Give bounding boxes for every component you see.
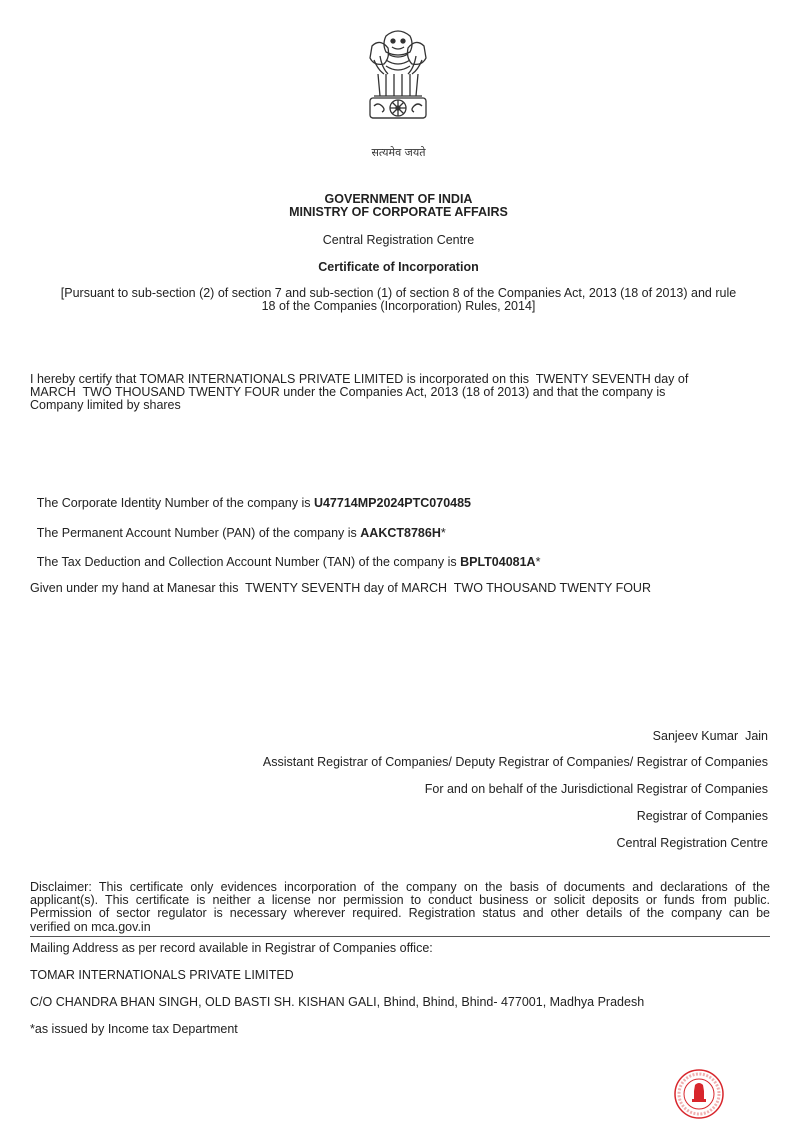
signatory-designation: Assistant Registrar of Companies/ Deputy…	[263, 755, 768, 769]
pan-label: The Permanent Account Number (PAN) of th…	[37, 526, 361, 540]
signatory-behalf: For and on behalf of the Jurisdictional …	[425, 782, 768, 796]
tan-label: The Tax Deduction and Collection Account…	[37, 555, 460, 569]
pan-row: The Permanent Account Number (PAN) of th…	[30, 512, 446, 540]
tan-row: The Tax Deduction and Collection Account…	[30, 541, 540, 569]
centre-heading: Central Registration Centre	[0, 233, 797, 247]
certify-line-3: Company limited by shares	[30, 399, 181, 412]
signatory-office: Registrar of Companies	[637, 809, 768, 823]
pan-value: AAKCT8786H	[360, 526, 441, 540]
pan-asterisk: *	[441, 526, 446, 540]
signatory-name: Sanjeev Kumar Jain	[653, 729, 768, 743]
income-tax-note: *as issued by Income tax Department	[30, 1022, 238, 1036]
signatory-centre: Central Registration Centre	[617, 836, 768, 850]
cin-label: The Corporate Identity Number of the com…	[37, 496, 314, 510]
given-under-text: Given under my hand at Manesar this TWEN…	[30, 581, 651, 595]
mca-seal-icon	[671, 1068, 727, 1120]
cin-row: The Corporate Identity Number of the com…	[30, 482, 471, 510]
cin-value: U47714MP2024PTC070485	[314, 496, 471, 510]
pursuant-line-2: 18 of the Companies (Incorporation) Rule…	[0, 300, 797, 313]
mailing-address: C/O CHANDRA BHAN SINGH, OLD BASTI SH. KI…	[30, 995, 644, 1009]
disclaimer-line-4: verified on mca.gov.in	[30, 921, 151, 934]
tan-value: BPLT04081A	[460, 555, 536, 569]
mailing-label: Mailing Address as per record available …	[30, 941, 433, 955]
disclaimer-line-3: Permission of sector regulator is necess…	[30, 907, 770, 920]
certificate-title: Certificate of Incorporation	[0, 260, 797, 274]
mailing-company-name: TOMAR INTERNATIONALS PRIVATE LIMITED	[30, 968, 294, 982]
divider	[30, 936, 770, 937]
motto-text: सत्यमेव जयते	[0, 145, 797, 160]
tan-asterisk: *	[536, 555, 541, 569]
national-emblem-icon	[358, 26, 438, 134]
ministry-heading: MINISTRY OF CORPORATE AFFAIRS	[0, 206, 797, 219]
